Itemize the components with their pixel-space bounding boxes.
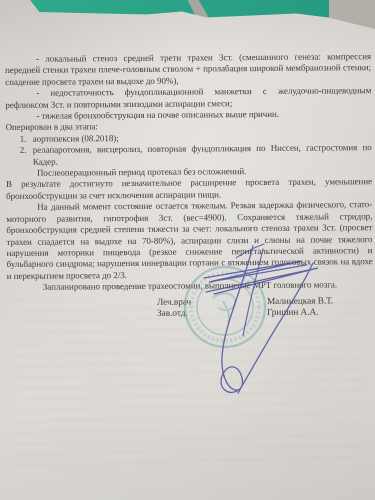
finding-item: - недостаточность фундопликационной манж… <box>5 85 371 111</box>
finding-item: - локальный стеноз средней трети трахеи … <box>5 51 371 88</box>
stage-text: релапаротомия, висцеролиз, повторная фун… <box>33 142 372 167</box>
photo-scene: - локальный стеноз средней трети трахеи … <box>0 0 375 500</box>
signature-role: Леч.врач <box>157 296 267 308</box>
signature-role: Зав.отд. <box>157 308 267 320</box>
reverse-side-bleedthrough <box>14 300 363 468</box>
paragraph-status: На данный момент состояние остается тяже… <box>6 199 373 282</box>
document-text: - локальный стеноз средней трети трахеи … <box>5 51 373 321</box>
signature-name: Гришин А.А. <box>267 307 373 319</box>
stage-item: 2. релапаротомия, висцеролиз, повторная … <box>6 142 372 168</box>
stage-number: 2. <box>20 145 33 168</box>
signature-name: Малинецкая В.Т. <box>267 296 373 308</box>
paragraph-result: В результате достигнуто незначительное р… <box>6 177 372 203</box>
paragraph-plan: Запланировано проведение трахеостомии, в… <box>7 279 373 293</box>
stage-number: 1. <box>20 134 33 146</box>
document-page: - локальный стеноз средней трети трахеи … <box>0 0 375 500</box>
signature-block: Леч.врач Малинецкая В.Т. Зав.отд. Гришин… <box>7 296 373 322</box>
